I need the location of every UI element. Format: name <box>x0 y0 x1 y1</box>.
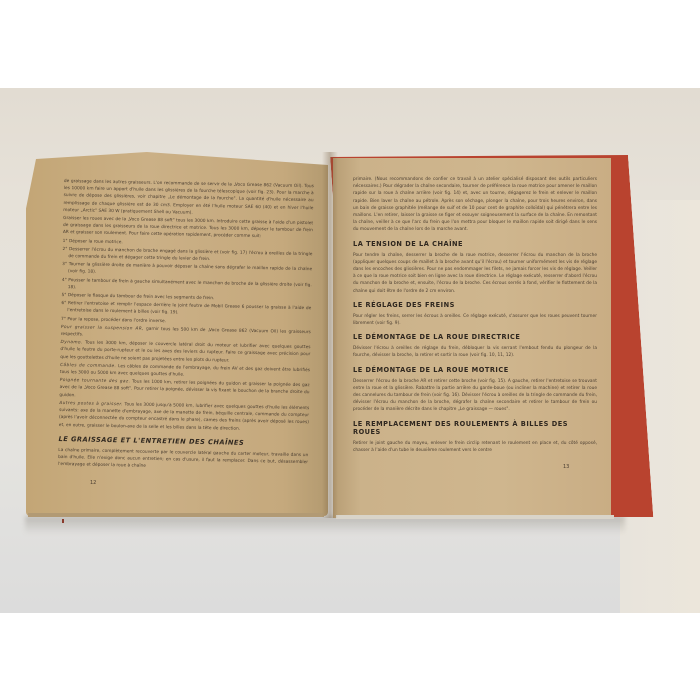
note-lead: Poignée tournante des gaz. <box>60 378 131 384</box>
right-page-edge <box>336 515 614 519</box>
note-text: Tous les 3000 km, déposer le couvercle l… <box>60 341 310 363</box>
note-lead: Pour graisser la suspension AR, <box>61 325 144 332</box>
book-gutter <box>322 152 338 518</box>
section-heading-bearing-replacement: Le remplacement des roulements à billes … <box>353 420 597 436</box>
note-lead: Dynamo. <box>60 340 82 345</box>
page-number-left: 12 <box>90 480 96 486</box>
section-heading-chain-lubrication: Le graissage et l'entretien des chaînes <box>58 435 308 448</box>
right-page-content: primaire. (Nous recommandons de confier … <box>353 176 597 455</box>
left-note: Autres postes à graisser. Tous les 3000 … <box>59 400 310 434</box>
section-text: Dévisser l'écrou à oreilles de réglage d… <box>353 345 597 359</box>
left-paragraph: de graissage dans les autres graisseurs.… <box>63 178 314 219</box>
section-text: Desserrer l'écrou de la broche AR et ret… <box>353 378 597 414</box>
section-text: Retirer le joint gauche du moyeu, enleve… <box>353 440 597 454</box>
note-lead: Autres postes à graisser. <box>59 401 123 407</box>
left-section-text: La chaîne primaire, complètement recouve… <box>58 447 308 474</box>
section-heading-brake-adjustment: Le réglage des freins <box>353 301 597 309</box>
right-intro: primaire. (Nous recommandons de confier … <box>353 176 597 234</box>
cover-fleck <box>62 519 64 523</box>
left-page: de graissage dans les autres graisseurs.… <box>26 150 328 516</box>
section-text: Pour régler les freins, serrer les écrou… <box>353 313 597 327</box>
section-heading-rear-wheel-removal: Le démontage de la roue motrice <box>353 366 597 374</box>
right-page: primaire. (Nous recommandons de confier … <box>333 158 611 518</box>
page-number-right: 13 <box>563 464 569 470</box>
section-heading-front-wheel-removal: Le démontage de la roue directrice <box>353 333 597 341</box>
left-page-content: de graissage dans les autres graisseurs.… <box>58 178 314 474</box>
note-lead: Câbles de commande. <box>60 363 116 369</box>
left-page-edge <box>28 513 324 517</box>
section-text: Pour tendre la chaîne, desserrer la broc… <box>353 252 597 295</box>
section-heading-chain-tension: La tension de la chaîne <box>353 240 597 248</box>
